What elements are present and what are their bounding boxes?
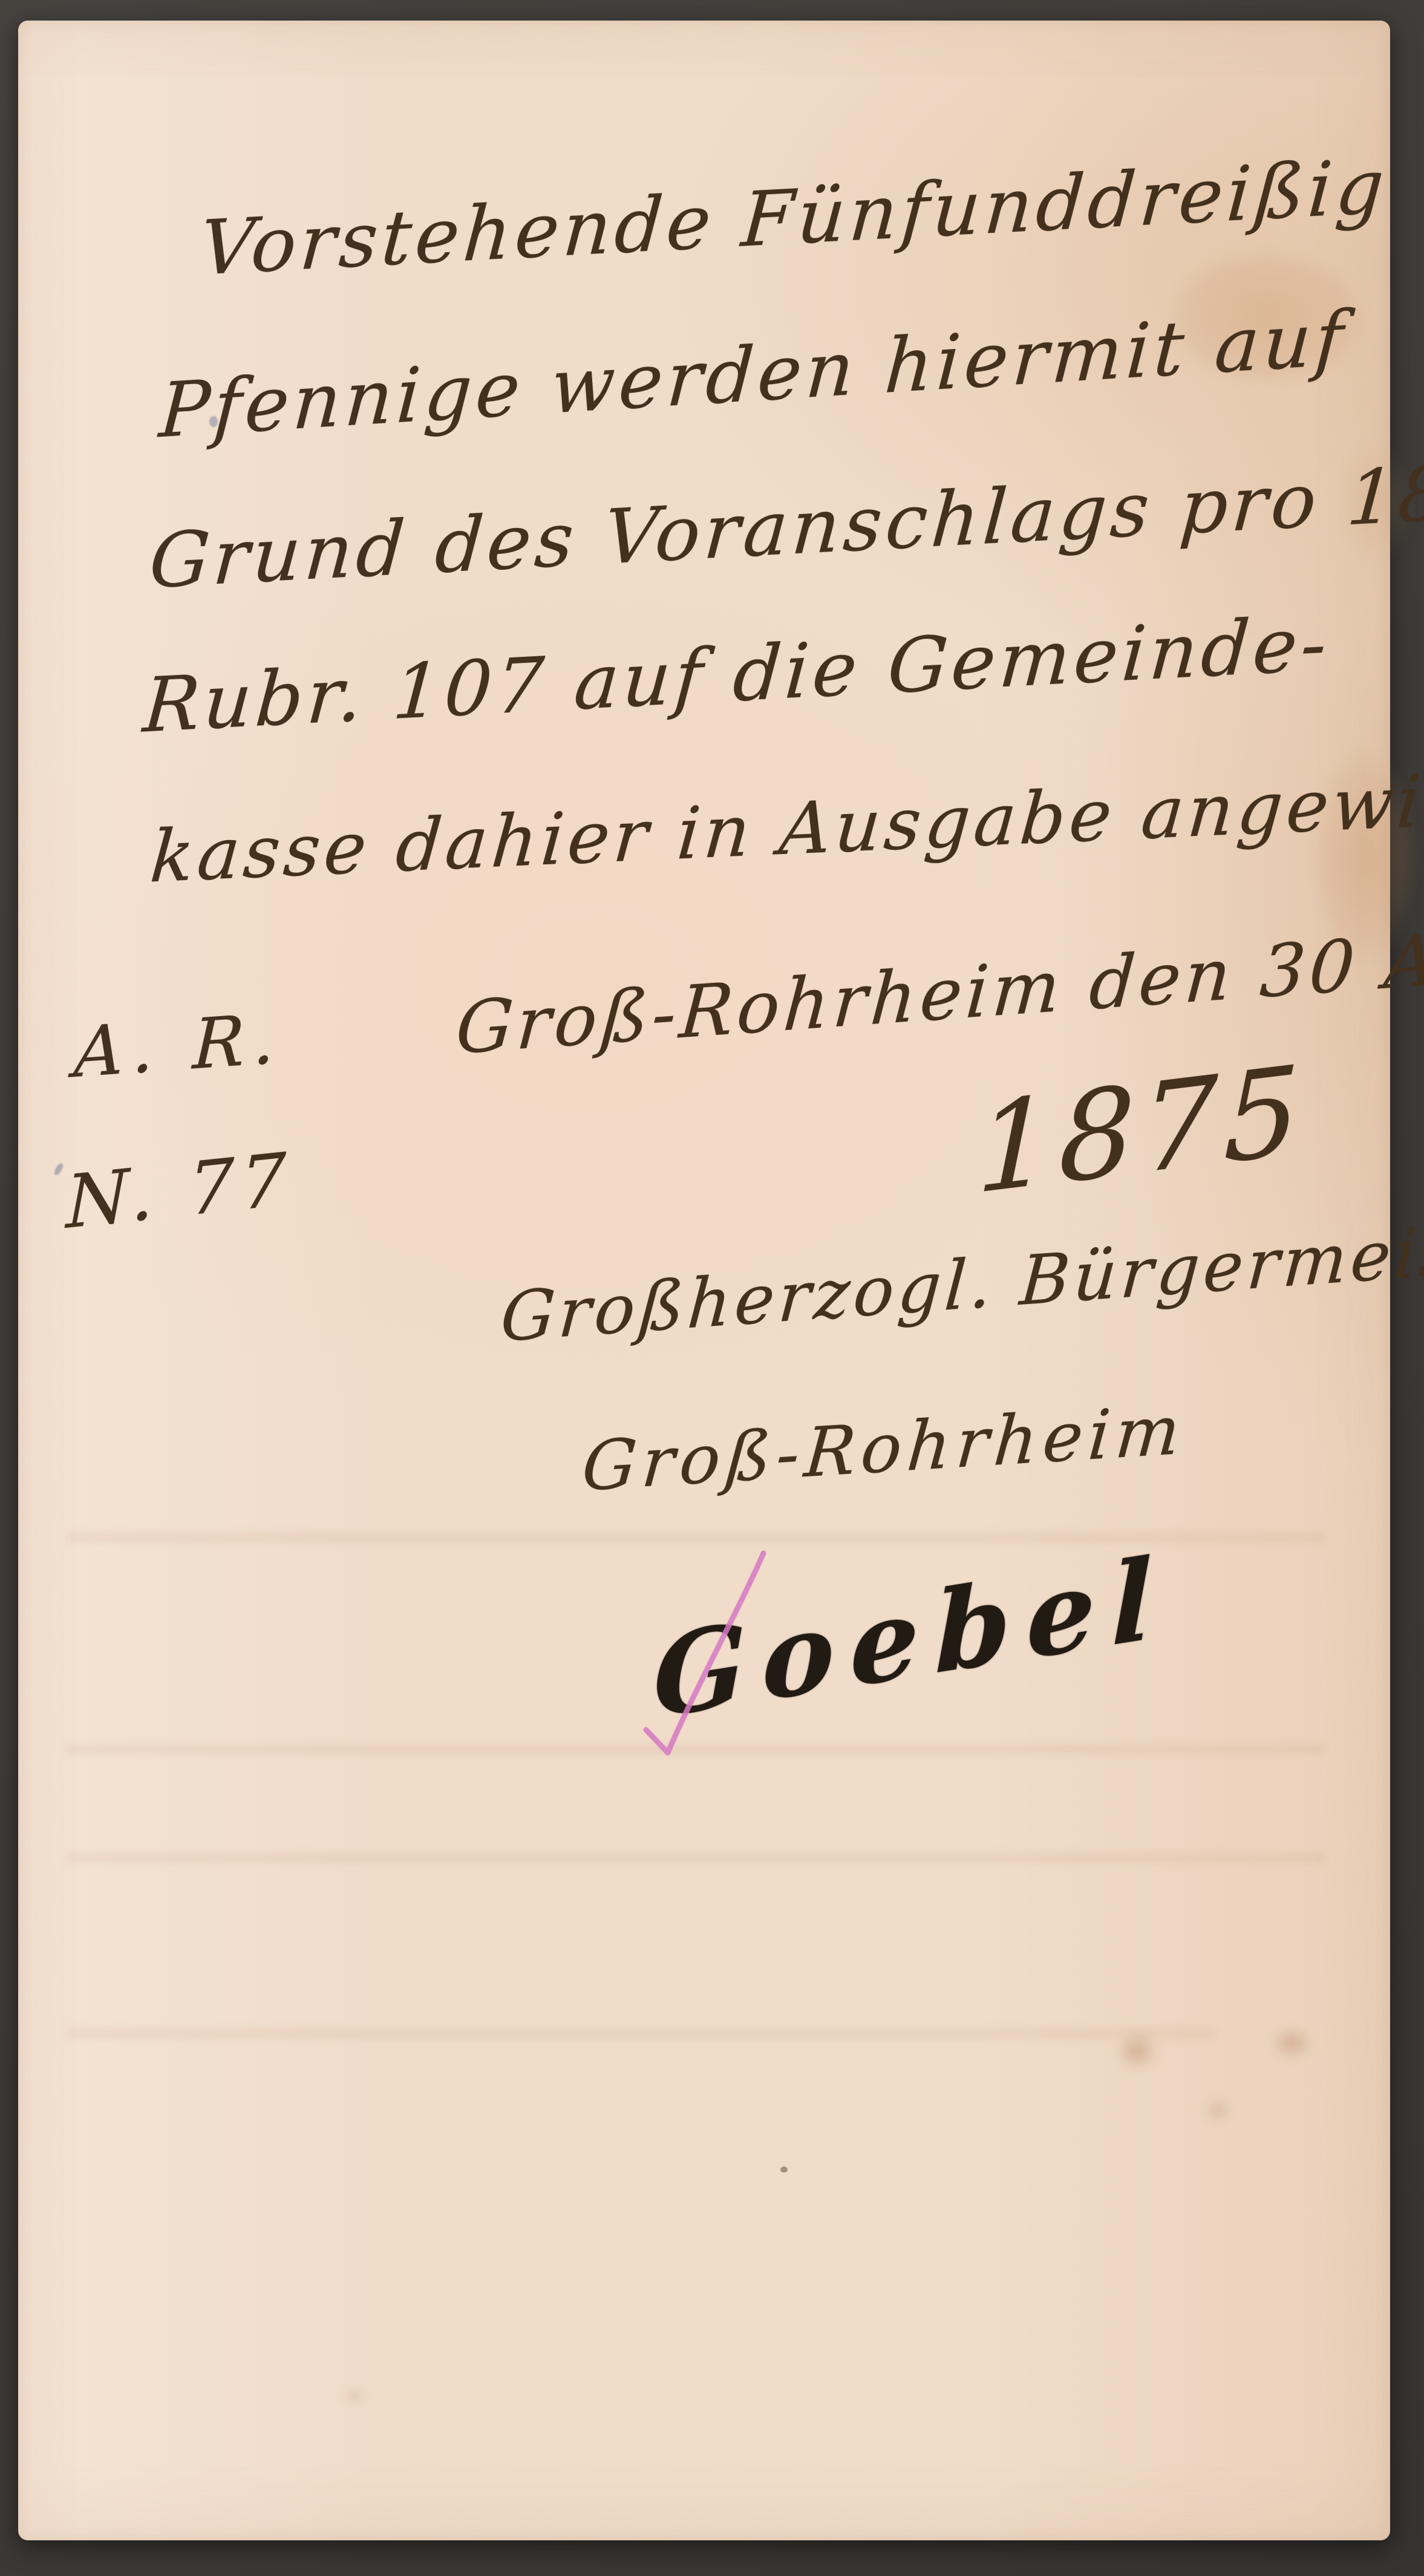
foxing-spot xyxy=(339,2383,371,2410)
paper-band xyxy=(67,1853,1325,1863)
foxing-spot xyxy=(1264,2021,1320,2065)
paper-band xyxy=(67,2029,1216,2038)
scanned-document: Vorstehende Fünfunddreißig Pfennige werd… xyxy=(0,0,1424,2576)
pink-check-mark xyxy=(618,1548,782,1784)
paper-speck xyxy=(780,2167,788,2173)
margin-note-ar: A. R. xyxy=(73,998,285,1094)
foxing-spot xyxy=(1108,2026,1166,2076)
foxing-spot xyxy=(1199,2093,1238,2128)
